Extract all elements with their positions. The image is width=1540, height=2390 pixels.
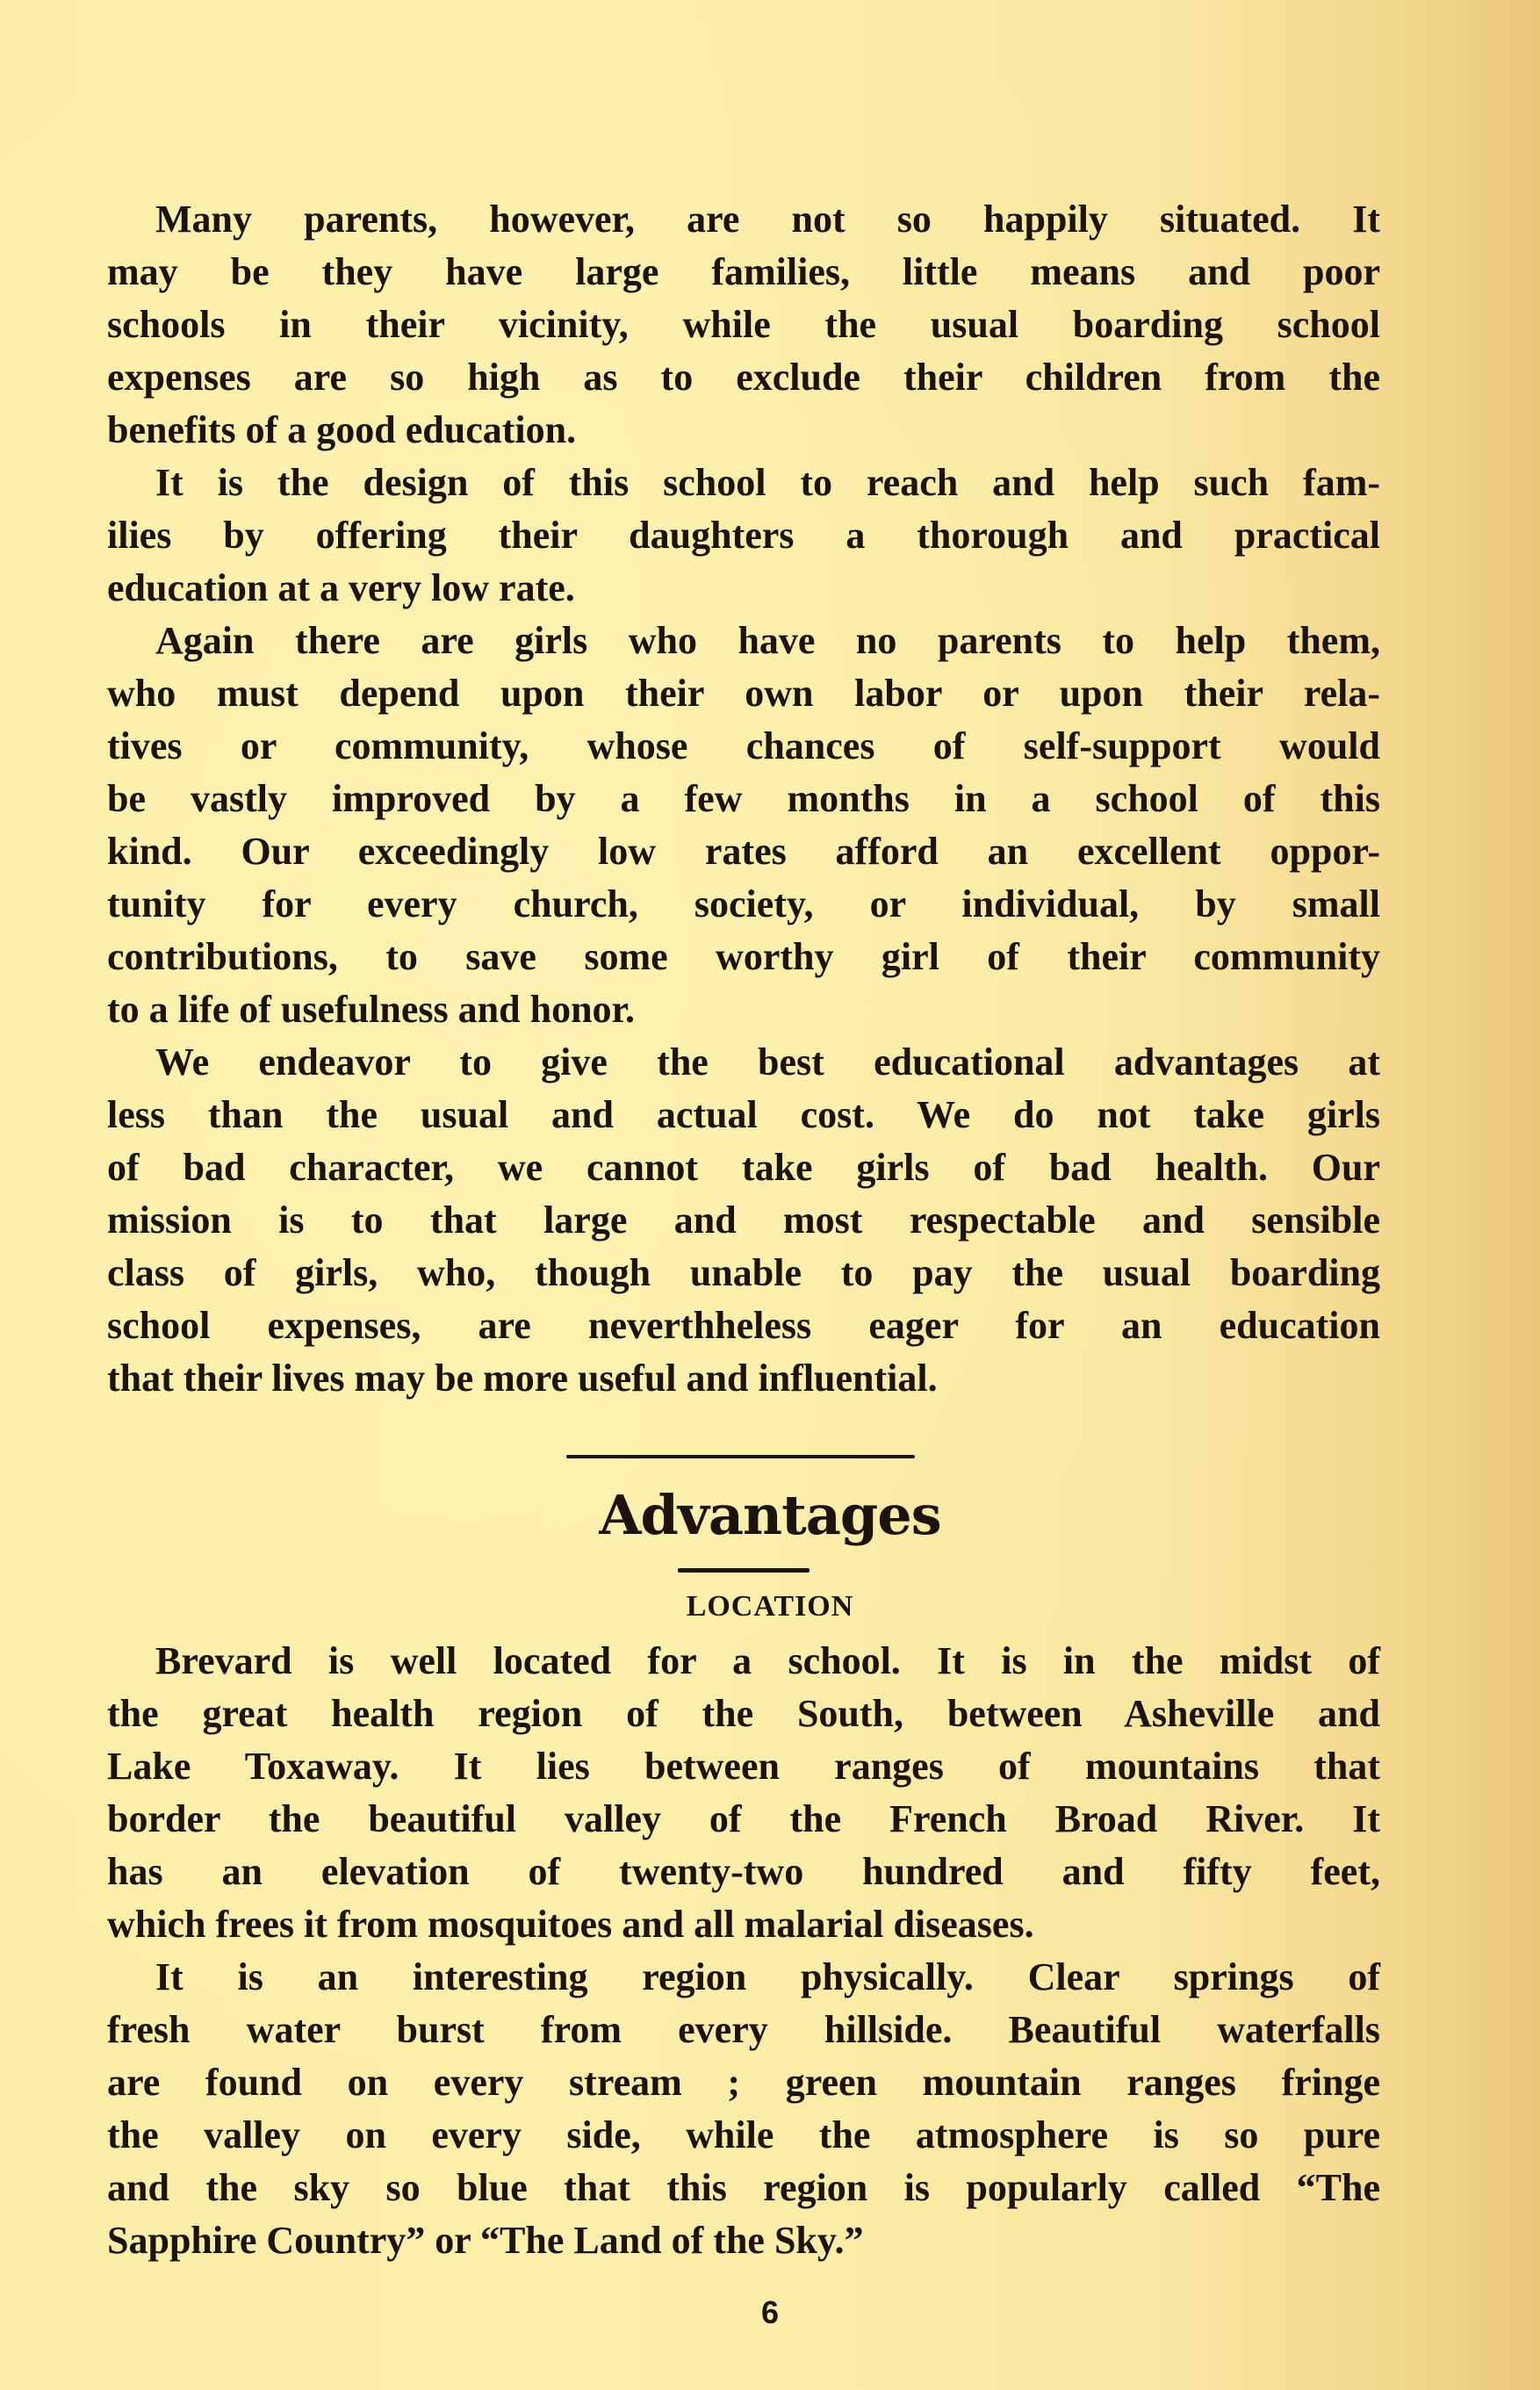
text-line: tives or community, whose chances of sel…: [107, 720, 1380, 773]
text-line: Brevard is well located for a school. It…: [155, 1635, 1380, 1688]
heading-underline-rule: [678, 1568, 810, 1573]
text-line: benefits of a good education.: [107, 404, 1380, 457]
section-divider-rule: [566, 1455, 915, 1458]
text-line: mission is to that large and most respec…: [107, 1194, 1380, 1247]
subsection-heading: LOCATION: [0, 1587, 1540, 1626]
text-line: expenses are so high as to exclude their…: [107, 351, 1380, 404]
page-number: 6: [0, 2293, 1540, 2332]
text-line: the valley on every side, while the atmo…: [107, 2109, 1380, 2162]
text-line: It is an interesting region physically. …: [155, 1951, 1380, 2004]
text-line: less than the usual and actual cost. We …: [107, 1089, 1380, 1141]
text-line: education at a very low rate.: [107, 562, 1380, 615]
text-line: schools in their vicinity, while the usu…: [107, 299, 1380, 351]
text-line: and the sky so blue that this region is …: [107, 2162, 1380, 2214]
text-line: are found on every stream ; green mounta…: [107, 2056, 1380, 2109]
text-line: who must depend upon their own labor or …: [107, 667, 1380, 720]
text-line: school expenses, are neverthheless eager…: [107, 1299, 1380, 1352]
text-line: ilies by offering their daughters a thor…: [107, 509, 1380, 562]
text-line: class of girls, who, though unable to pa…: [107, 1247, 1380, 1299]
text-line: border the beautiful valley of the Frenc…: [107, 1793, 1380, 1846]
text-line: Sapphire Country” or “The Land of the Sk…: [107, 2214, 1380, 2267]
text-line: be vastly improved by a few months in a …: [107, 773, 1380, 825]
text-line: the great health region of the South, be…: [107, 1688, 1380, 1740]
text-line: has an elevation of twenty-two hundred a…: [107, 1846, 1380, 1898]
text-line: It is the design of this school to reach…: [155, 457, 1380, 509]
text-line: tunity for every church, society, or ind…: [107, 878, 1380, 931]
text-line: which frees it from mosquitoes and all m…: [107, 1898, 1380, 1951]
text-line: Many parents, however, are not so happil…: [155, 193, 1380, 246]
text-line: to a life of usefulness and honor.: [107, 983, 1380, 1036]
text-line: Lake Toxaway. It lies between ranges of …: [107, 1740, 1380, 1793]
text-line: kind. Our exceedingly low rates afford a…: [107, 825, 1380, 878]
section-heading: Advantages: [0, 1480, 1540, 1551]
text-line: fresh water burst from every hillside. B…: [107, 2004, 1380, 2056]
text-line: of bad character, we cannot take girls o…: [107, 1141, 1380, 1194]
text-line: that their lives may be more useful and …: [107, 1352, 1380, 1405]
text-line: We endeavor to give the best educational…: [155, 1036, 1380, 1089]
text-line: contributions, to save some worthy girl …: [107, 931, 1380, 983]
text-line: may be they have large families, little …: [107, 246, 1380, 299]
text-line: Again there are girls who have no parent…: [155, 615, 1380, 667]
